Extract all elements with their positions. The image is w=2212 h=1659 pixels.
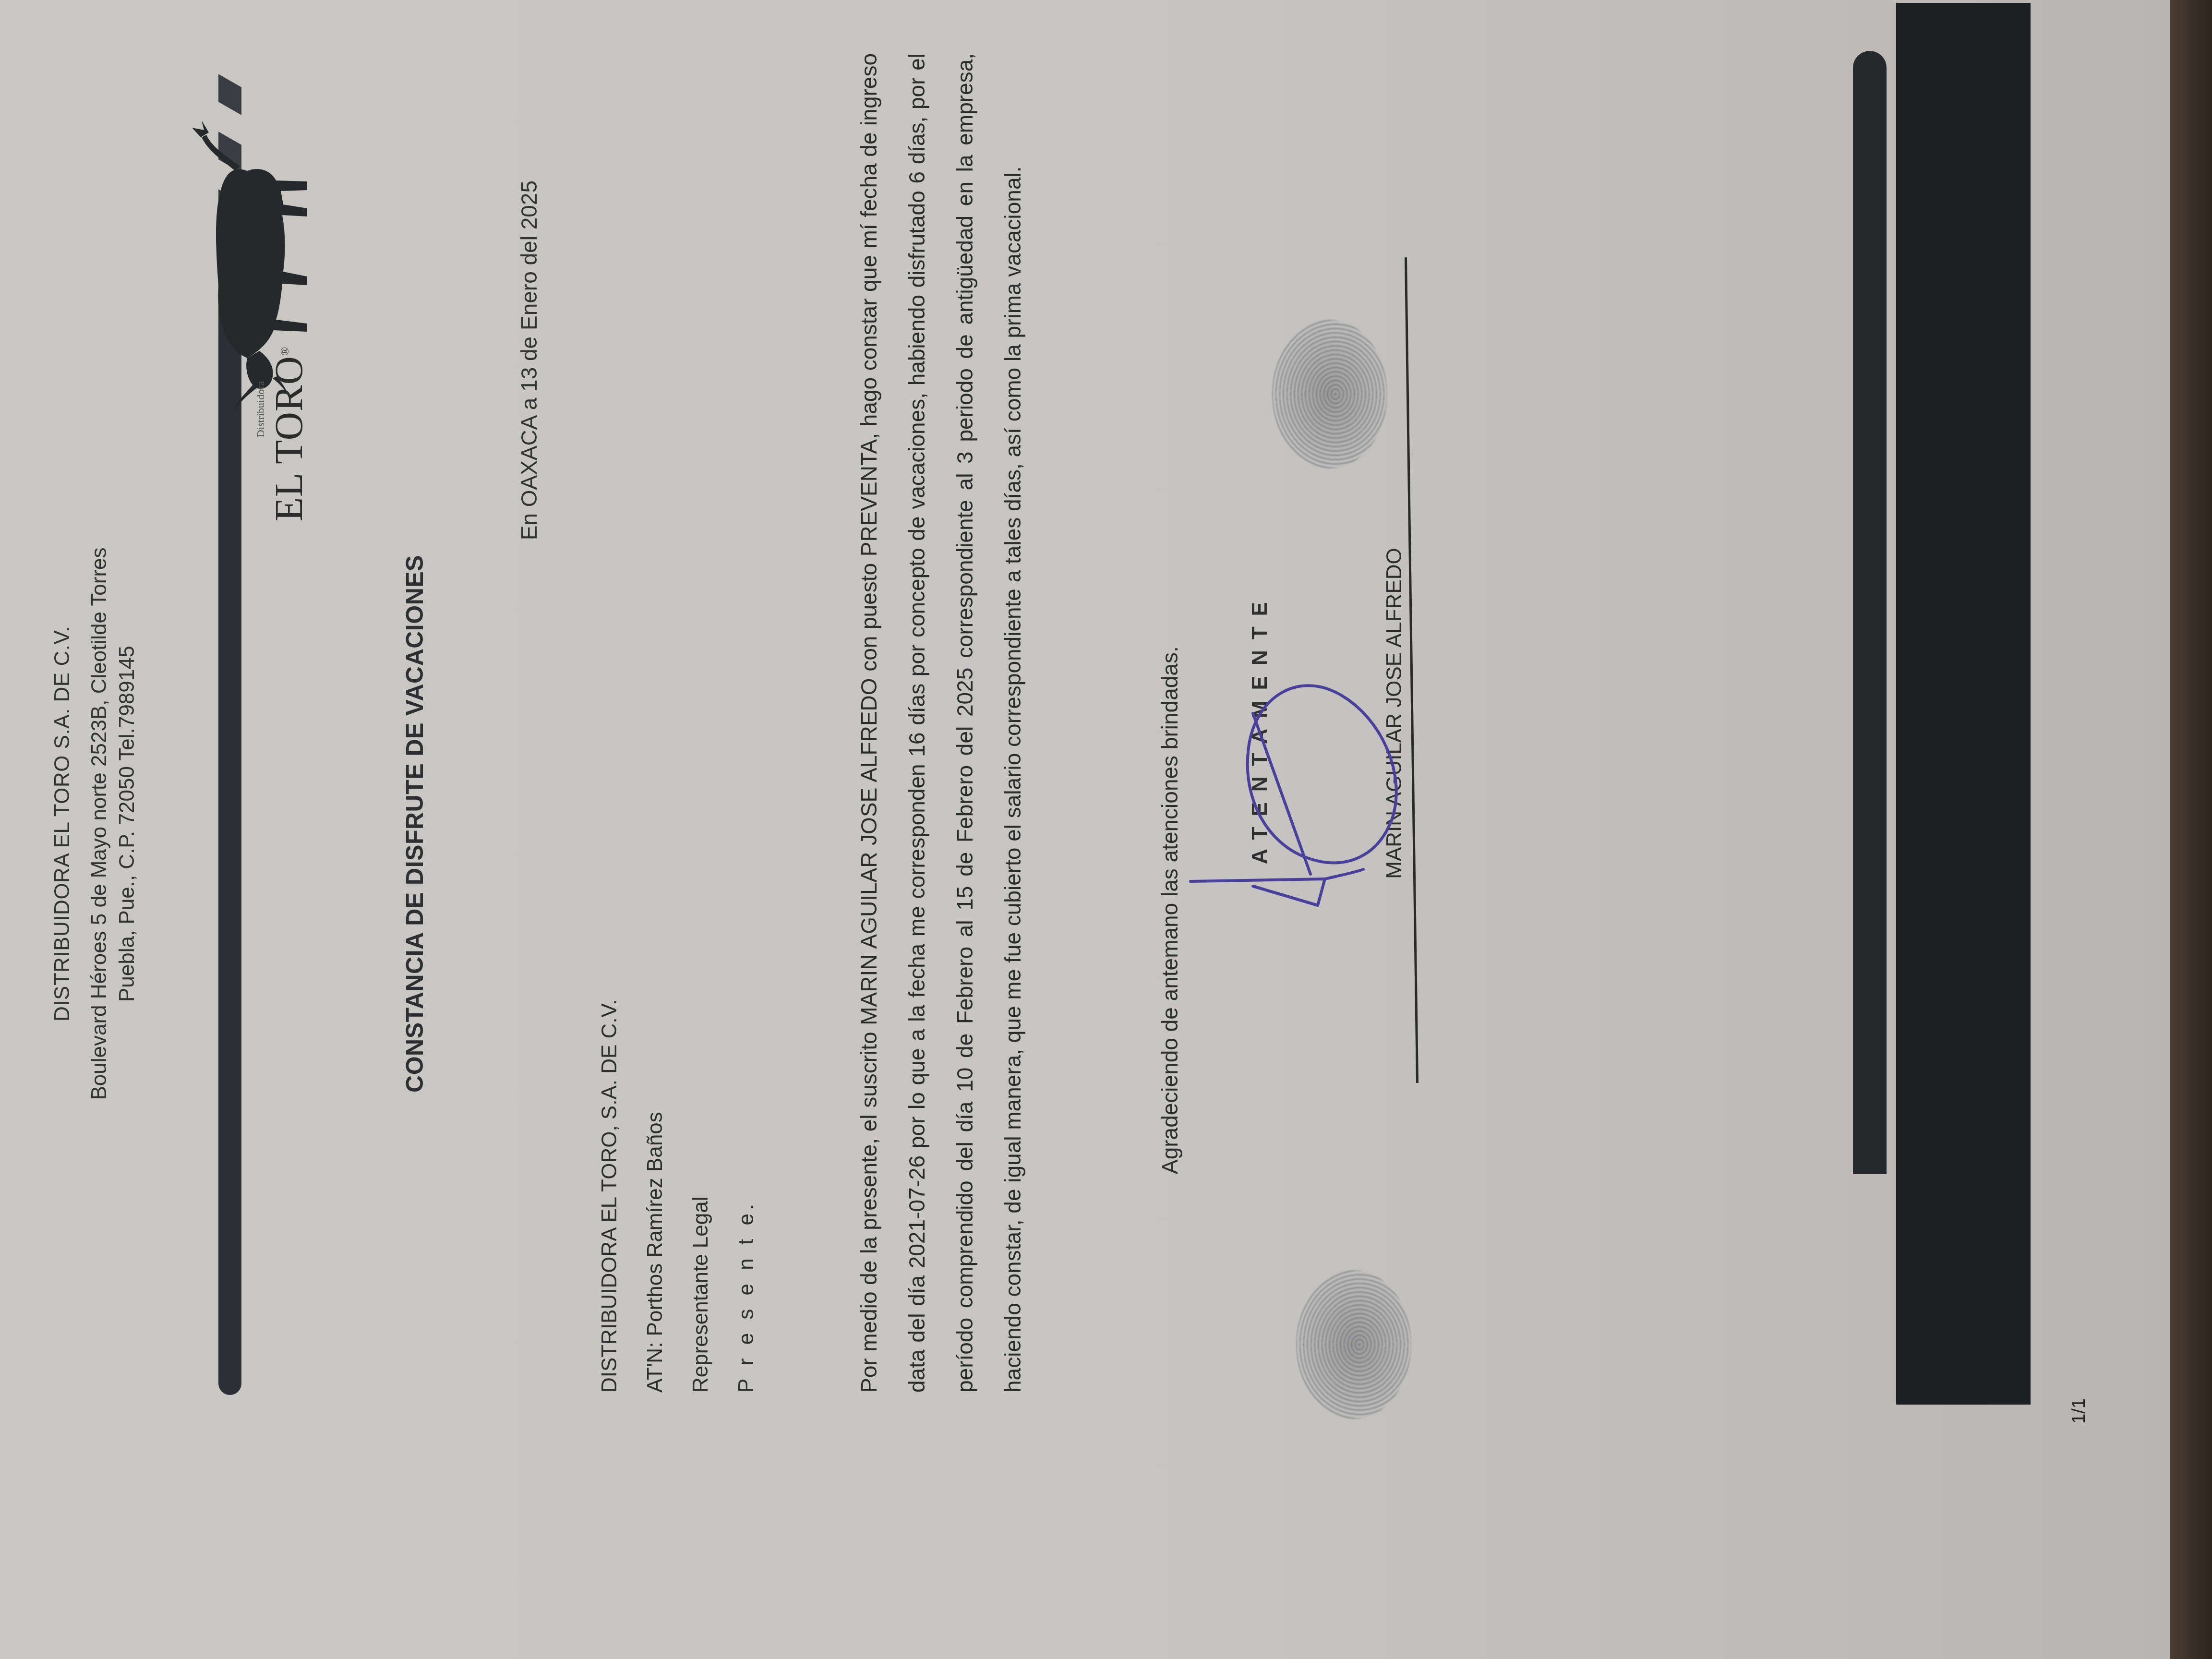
company-address-line-2: Puebla, Pue., C.P. 72050 Tel.7989145 [115,445,139,1203]
header-decorative-slash [218,74,241,115]
handwritten-signature [1181,665,1450,1001]
place-date: En OAXACA a 13 de Enero del 2025 [516,180,542,603]
logo-brand: EL TORO® [266,347,312,521]
body-paragraph: Por medio de la presente, el suscrito MA… [845,53,1037,1393]
footer-decorative-block [1896,3,2031,1405]
company-name: DISTRIBUIDORA EL TORO S.A. DE C.V. [50,493,74,1155]
fingerprint-right [1272,320,1387,469]
addressee-presente: P r e s e n t e. [734,1200,758,1393]
logo-small-text: Distribuidora [254,381,267,437]
closing-line: Agradeciendo de antemano las atenciones … [1157,646,1183,1174]
footer-decorative-bar [1853,51,1887,1174]
addressee-company: DISTRIBUIDORA EL TORO, S.A. DE C.V. [598,999,622,1393]
company-address-line-1: Boulevard Héroes 5 de Mayo norte 2523B, … [87,445,111,1203]
registered-mark: ® [279,347,291,356]
addressee-role: Representante Legal [689,1196,713,1393]
desk-background [2170,0,2212,1659]
document-title: CONSTANCIA DE DISFRUTE DE VACACIONES [401,507,429,1141]
logo-brand-text: EL TORO [267,356,311,521]
addressee-attention: AT'N: Porthos Ramírez Baños [643,1112,667,1393]
fingerprint-left [1296,1270,1411,1419]
page-number: 1/1 [2069,1398,2090,1424]
document-page: DISTRIBUIDORA EL TORO S.A. DE C.V. Boule… [0,0,2170,1659]
